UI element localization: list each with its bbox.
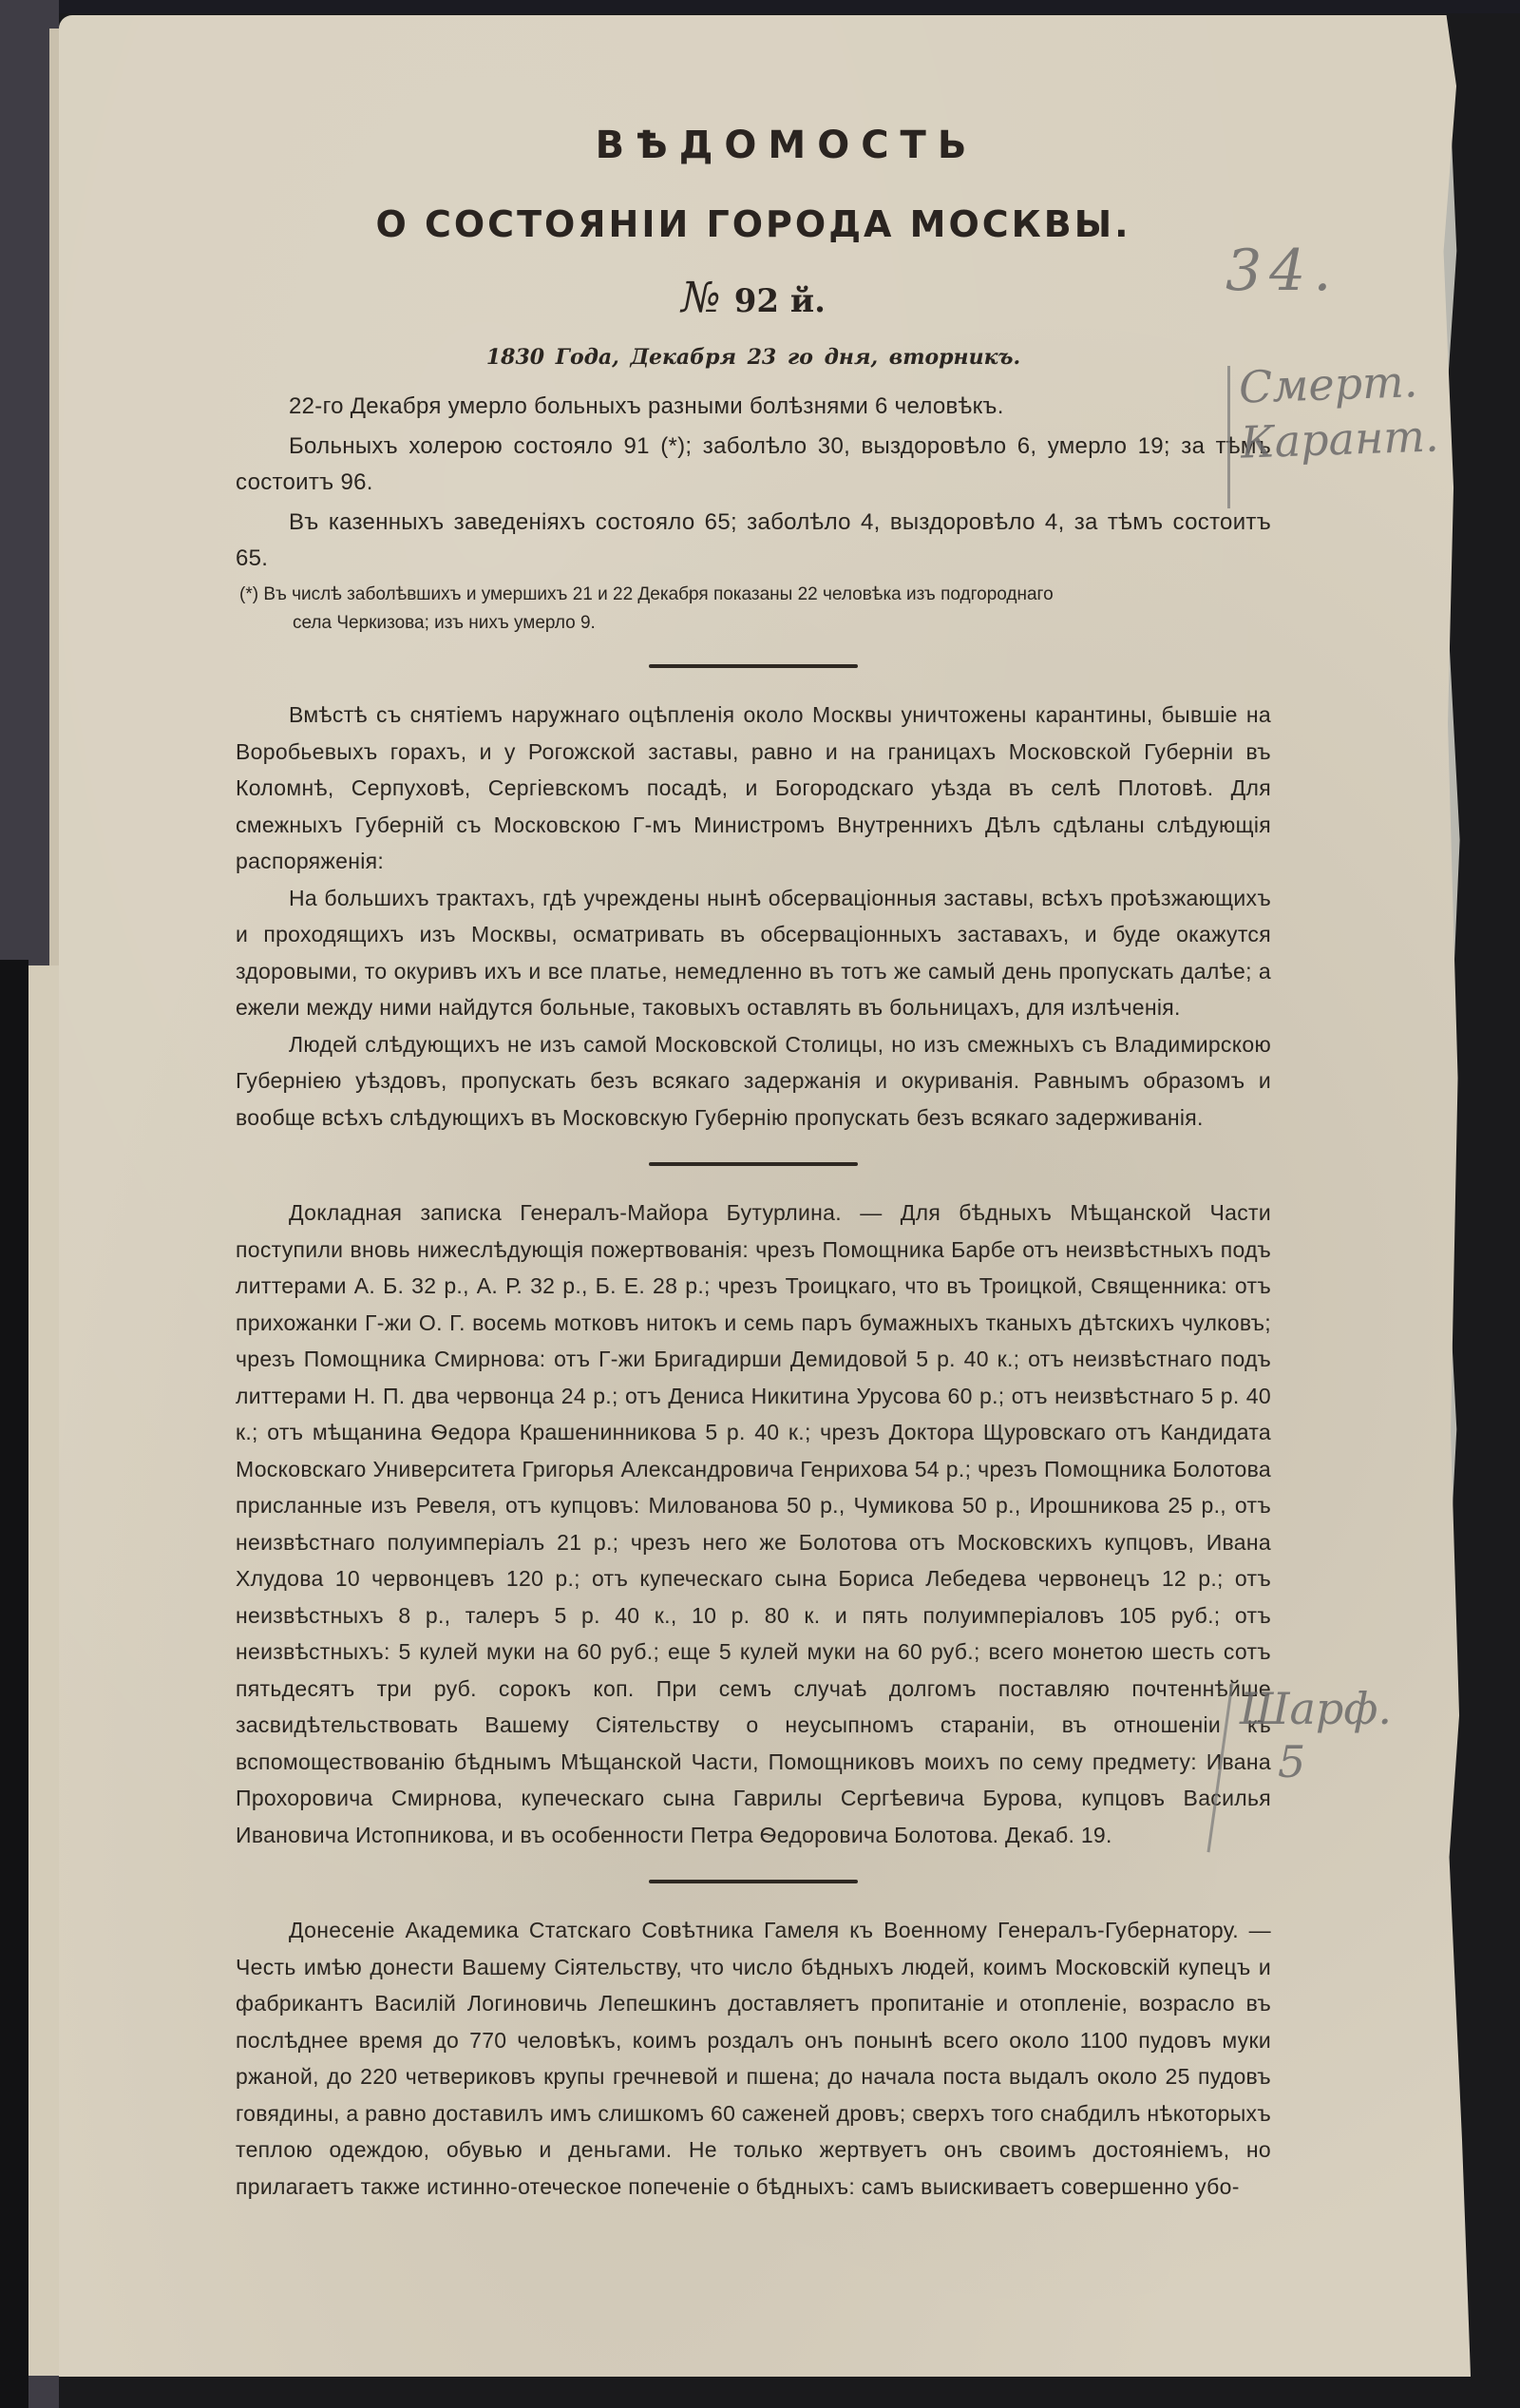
margin-note-bottom: Шарф. 5 bbox=[1240, 1682, 1392, 1788]
scan-backdrop-top bbox=[59, 0, 1520, 13]
previous-leaf-edge bbox=[28, 965, 61, 2376]
stats-cholera-line: Больныхъ холерою состояло 91 (*); заболѣ… bbox=[236, 429, 1271, 501]
stats-institutions-line: Въ казенныхъ заведеніяхъ состояло 65; за… bbox=[236, 505, 1271, 577]
quarantine-paragraph-1: Вмѣстѣ съ снятіемъ наружнаго оцѣпленія о… bbox=[236, 697, 1271, 880]
masthead-title: ВѢДОМОСТЬ bbox=[302, 124, 1271, 167]
quarantine-section: Вмѣстѣ съ снятіемъ наружнаго оцѣпленія о… bbox=[236, 697, 1271, 1136]
gamel-report-paragraph: Донесеніе Академика Статскаго Совѣтника … bbox=[236, 1912, 1271, 2205]
margin-note-top-line-1: Смерт. bbox=[1238, 353, 1437, 414]
issue-date: 1830 Года, Декабря 23 го дня, вторникъ. bbox=[236, 345, 1271, 370]
footnote-line-1: (*) Въ числѣ заболѣвшихъ и умершихъ 21 и… bbox=[239, 584, 1054, 604]
margin-note-bottom-line-2: 5 bbox=[1240, 1735, 1392, 1788]
margin-note-top: Смерт. Карант. bbox=[1238, 353, 1439, 469]
scan-backdrop-left-lower bbox=[0, 960, 28, 2408]
masthead-subtitle: О СОСТОЯНІИ ГОРОДА МОСКВЫ. bbox=[236, 203, 1271, 245]
footnote-line-2: села Черкизова; изъ нихъ умерло 9. bbox=[239, 613, 596, 633]
gamel-report-section: Донесеніе Академика Статскаго Совѣтника … bbox=[236, 1912, 1271, 2205]
stats-footnote: (*) Въ числѣ заболѣвшихъ и умершихъ 21 и… bbox=[236, 581, 1271, 638]
buturlin-report-section: Докладная записка Генералъ-Майора Бутурл… bbox=[236, 1194, 1271, 1853]
buturlin-report-paragraph: Докладная записка Генералъ-Майора Бутурл… bbox=[236, 1194, 1271, 1853]
quarantine-paragraph-2: На большихъ трактахъ, гдѣ учреждены нынѣ… bbox=[236, 880, 1271, 1026]
page-content: ВѢДОМОСТЬ О СОСТОЯНІИ ГОРОДА МОСКВЫ. №92… bbox=[236, 124, 1271, 2205]
margin-bracket-top bbox=[1227, 366, 1230, 508]
margin-note-top-line-2: Карант. bbox=[1240, 408, 1439, 469]
cholera-statistics: 22-го Декабря умерло больныхъ разными бо… bbox=[236, 389, 1271, 638]
masthead: ВѢДОМОСТЬ О СОСТОЯНІИ ГОРОДА МОСКВЫ. №92… bbox=[236, 124, 1271, 322]
numero-sign: № bbox=[681, 274, 721, 322]
quarantine-paragraph-3: Людей слѣдующихъ не изъ самой Московской… bbox=[236, 1026, 1271, 1137]
folio-number-annotation: 34. bbox=[1225, 238, 1339, 304]
issue-number-line: №92 й. bbox=[236, 274, 1271, 322]
section-divider bbox=[649, 664, 858, 668]
section-divider bbox=[649, 1880, 858, 1883]
stats-deaths-line: 22-го Декабря умерло больныхъ разными бо… bbox=[236, 389, 1271, 425]
section-divider bbox=[649, 1162, 858, 1166]
margin-note-bottom-line-1: Шарф. bbox=[1240, 1682, 1392, 1735]
issue-number: 92 й. bbox=[734, 282, 826, 320]
